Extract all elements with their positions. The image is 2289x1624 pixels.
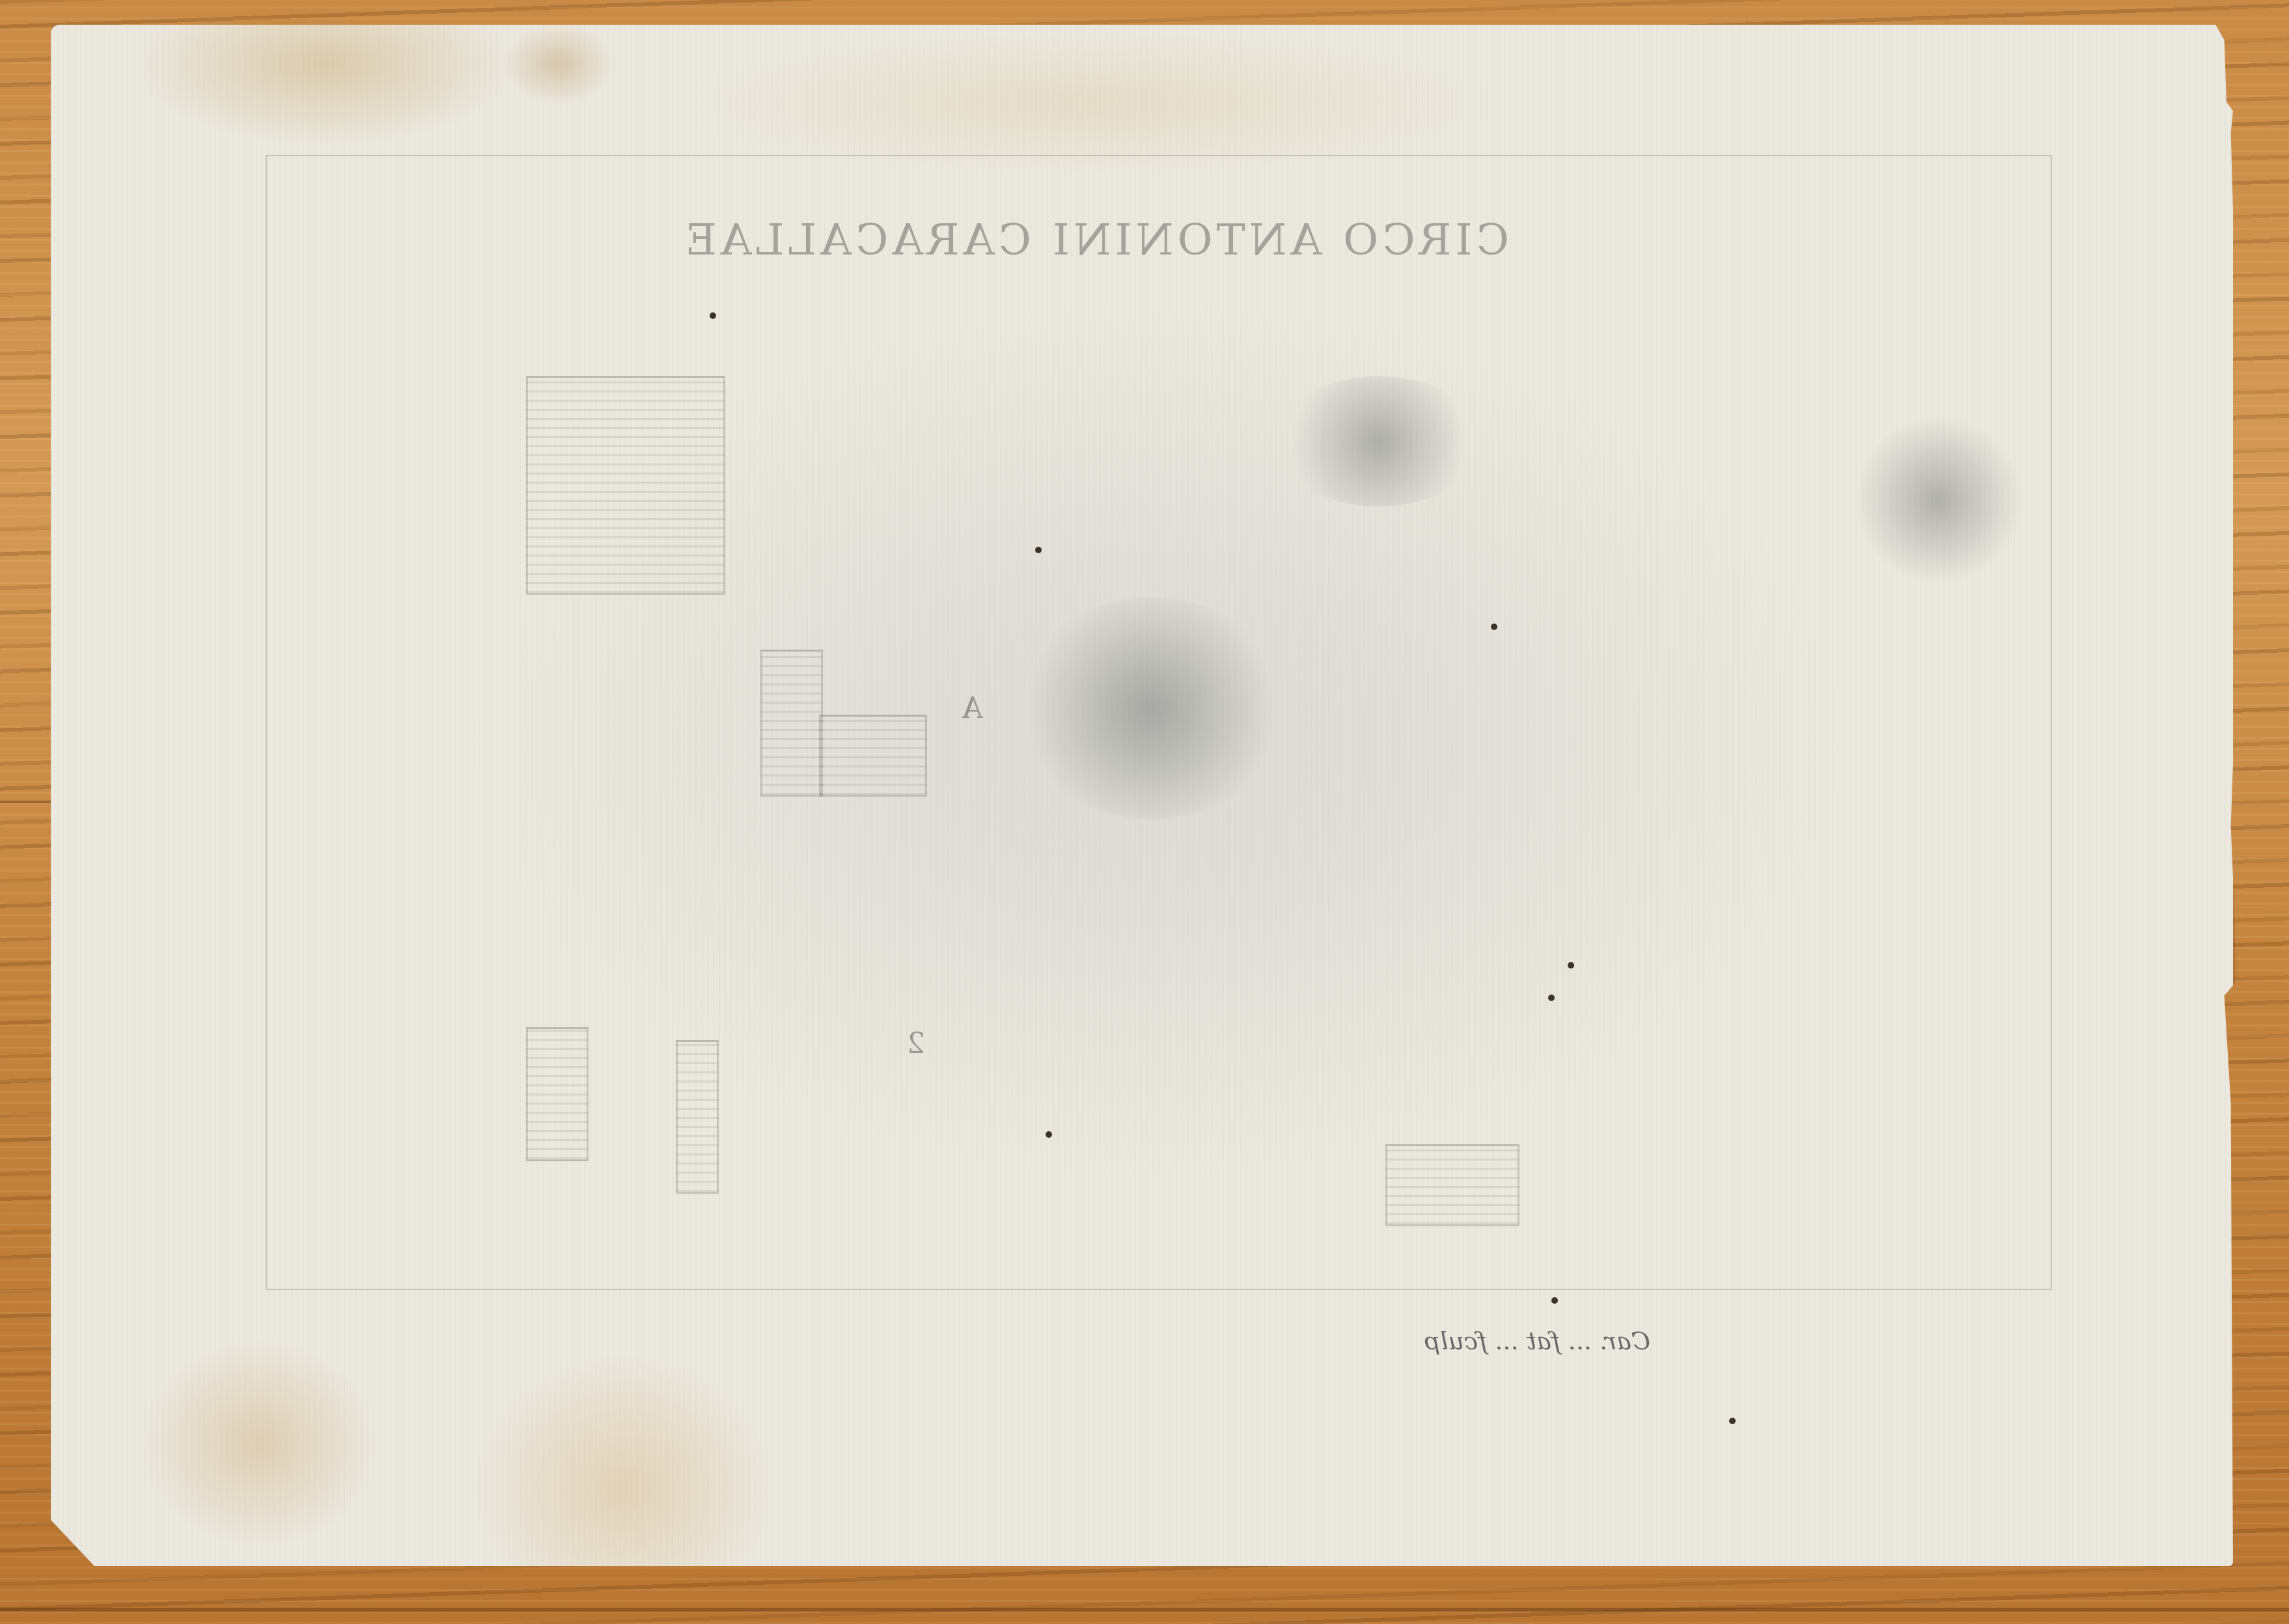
ghost-building-image bbox=[819, 715, 927, 797]
ghost-figure-shadow bbox=[1854, 415, 2023, 585]
ghost-pillar-image bbox=[676, 1040, 719, 1194]
mirrored-plate-title: CIRCO ANTONINI CARACALLAE bbox=[812, 215, 1509, 265]
foxing-spot bbox=[1568, 962, 1574, 969]
mirrored-caption-fragment: Car. ... fat ... fculp bbox=[1424, 1327, 1650, 1355]
foxing-spot bbox=[1046, 1131, 1052, 1138]
foxing-spot bbox=[1729, 1418, 1736, 1424]
foxing-spot bbox=[710, 312, 716, 319]
engraving-sheet-verso: CIRCO ANTONINI CARACALLAE A 2 Car. ... f… bbox=[51, 25, 2233, 1566]
foxing-spot bbox=[1035, 547, 1042, 553]
foxing-spot bbox=[1491, 624, 1497, 630]
foxing-spot bbox=[1548, 995, 1555, 1001]
mirrored-label-a: A bbox=[962, 692, 983, 725]
ghost-figure-shadow bbox=[1014, 598, 1288, 819]
ghost-pedestal-image bbox=[1385, 1144, 1519, 1226]
foxing-spot bbox=[1551, 1297, 1558, 1304]
wood-board-seam bbox=[0, 1608, 2289, 1612]
mirrored-label-2: 2 bbox=[907, 1027, 925, 1060]
ghost-tower-image bbox=[526, 376, 725, 595]
ghost-pillar-image bbox=[526, 1027, 589, 1161]
ghost-figure-shadow bbox=[1275, 376, 1483, 506]
wood-board-seam bbox=[0, 801, 59, 803]
ghost-column-image bbox=[760, 650, 823, 797]
